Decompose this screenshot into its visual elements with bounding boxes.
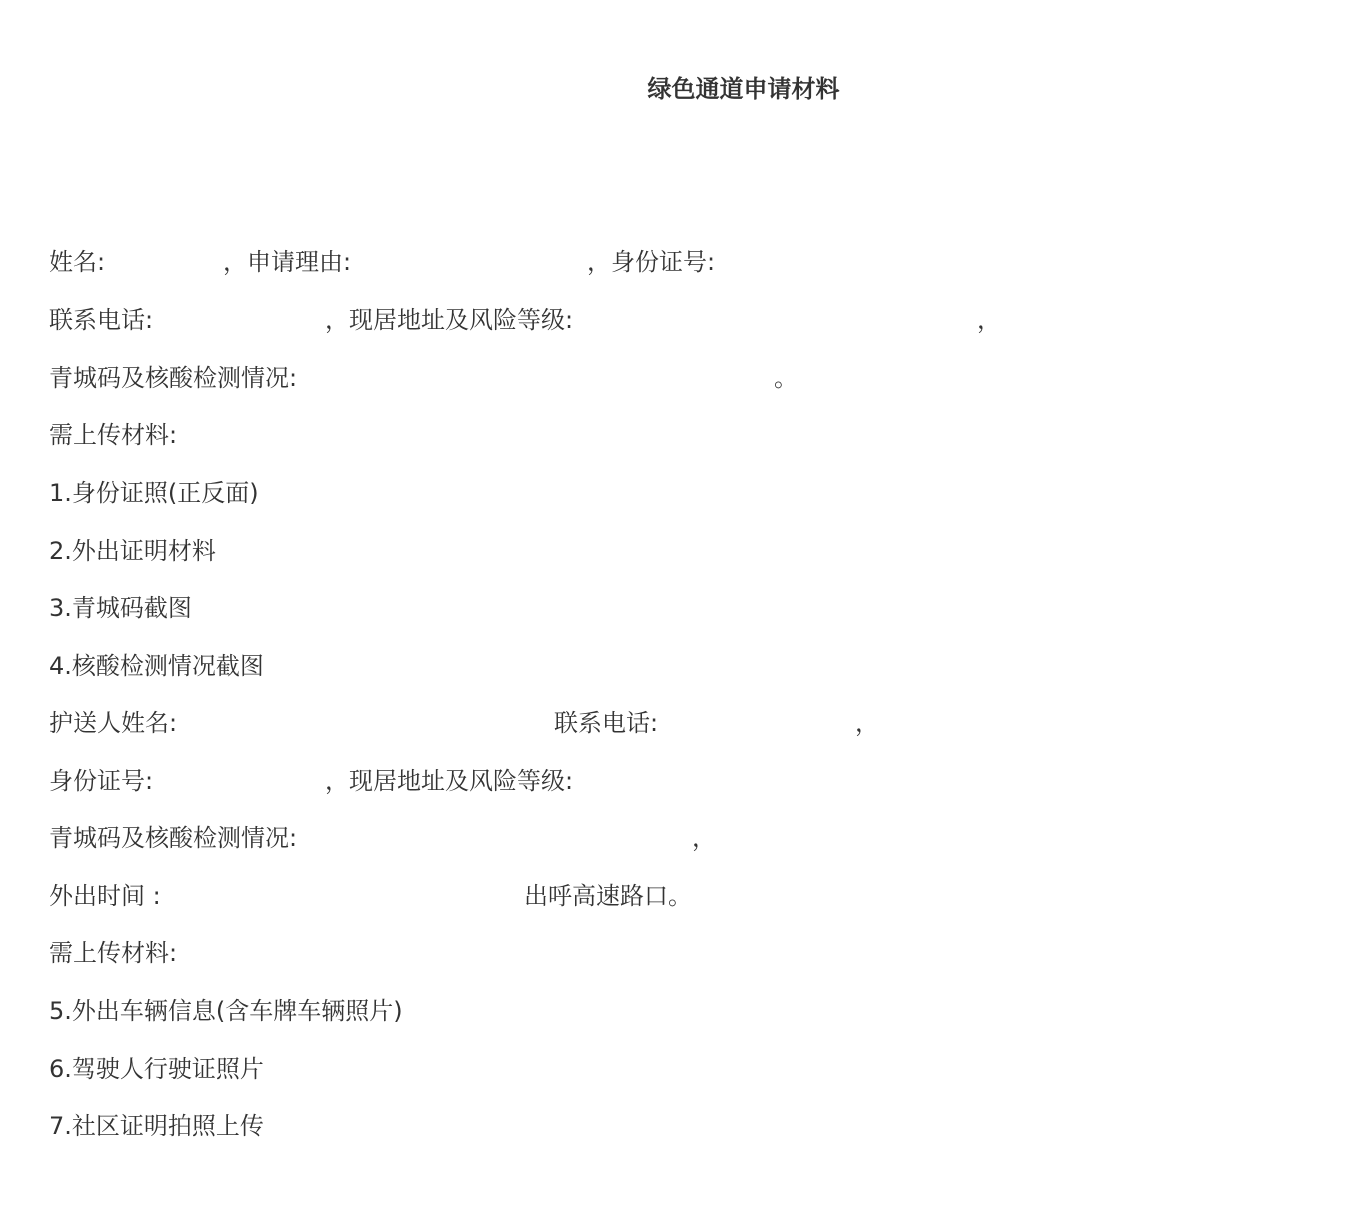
- applicant-health-label: 青城码及核酸检测情况:: [49, 361, 297, 395]
- escort-line-2: 身份证号: ，现居地址及风险等级:: [49, 764, 949, 798]
- escort-address-label: ，现居地址及风险等级:: [325, 764, 573, 798]
- applicant-line-2: 联系电话: ，现居地址及风险等级: ，: [49, 303, 1049, 337]
- applicant-phone-label: 联系电话:: [49, 303, 153, 337]
- escort-health-end: ，: [692, 821, 716, 855]
- applicant-address-field[interactable]: [594, 307, 974, 335]
- applicant-address-end: ，: [977, 303, 1001, 337]
- material-item: 6.驾驶人行驶证照片: [49, 1052, 264, 1086]
- escort-health-field[interactable]: [317, 825, 687, 853]
- escort-name-field[interactable]: [189, 710, 549, 738]
- material-item: 2.外出证明材料: [49, 534, 216, 568]
- escort-upload-label: 需上传材料:: [49, 936, 177, 970]
- escort-health-label: 青城码及核酸检测情况:: [49, 821, 297, 855]
- applicant-reason-field[interactable]: [361, 249, 591, 277]
- applicant-health-end: 。: [774, 361, 798, 395]
- escort-time-label: 外出时间 :: [49, 879, 161, 913]
- escort-name-label: 护送人姓名:: [49, 706, 177, 740]
- material-item: 3.青城码截图: [49, 591, 192, 625]
- applicant-id-field[interactable]: [725, 249, 925, 277]
- applicant-reason-label: ，申请理由:: [223, 245, 351, 279]
- escort-time-field[interactable]: [174, 883, 514, 911]
- escort-line-4: 外出时间 : 出呼高速路口。: [49, 879, 849, 913]
- applicant-id-label: ，身份证号:: [587, 245, 715, 279]
- applicant-name-label: 姓名:: [49, 245, 105, 279]
- escort-phone-end: ，: [855, 706, 879, 740]
- applicant-line-1: 姓名: ，申请理由: ，身份证号:: [49, 245, 949, 279]
- applicant-phone-field[interactable]: [161, 307, 321, 335]
- escort-phone-field[interactable]: [667, 710, 847, 738]
- escort-line-1: 护送人姓名: 联系电话: ，: [49, 706, 949, 740]
- applicant-line-3: 青城码及核酸检测情况: 。: [49, 361, 849, 395]
- applicant-address-label: ，现居地址及风险等级:: [325, 303, 573, 337]
- material-item: 4.核酸检测情况截图: [49, 649, 264, 683]
- applicant-upload-label: 需上传材料:: [49, 418, 177, 452]
- escort-id-field[interactable]: [161, 768, 321, 796]
- material-item: 1.身份证照(正反面): [49, 476, 259, 510]
- escort-id-label: 身份证号:: [49, 764, 153, 798]
- material-item: 7.社区证明拍照上传: [49, 1109, 264, 1143]
- document-title: 绿色通道申请材料: [0, 72, 1367, 106]
- escort-line-3: 青城码及核酸检测情况: ，: [49, 821, 849, 855]
- escort-exit-text: 出呼高速路口。: [524, 879, 692, 913]
- material-item: 5.外出车辆信息(含车牌车辆照片): [49, 994, 403, 1028]
- escort-address-field[interactable]: [594, 768, 894, 796]
- applicant-health-field[interactable]: [317, 365, 767, 393]
- escort-phone-label: 联系电话:: [554, 706, 658, 740]
